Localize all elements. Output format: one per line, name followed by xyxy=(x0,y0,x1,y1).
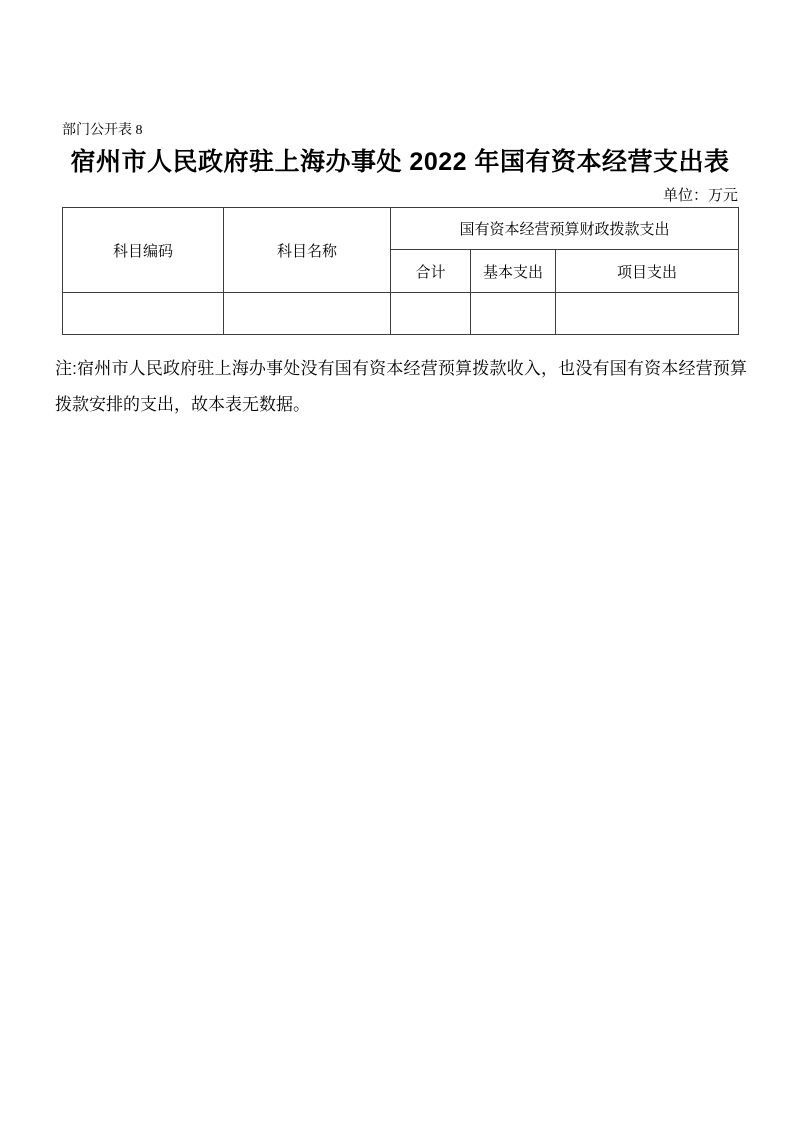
cell-subject-code xyxy=(63,293,224,335)
unit-label: 单位：万元 xyxy=(62,186,738,205)
form-index-label: 部门公开表 8 xyxy=(62,122,738,140)
cell-subject-name xyxy=(224,293,391,335)
header-group-fiscal-appropriation-expense: 国有资本经营预算财政拨款支出 xyxy=(391,208,739,250)
header-basic-expense: 基本支出 xyxy=(471,250,556,293)
document-page: 部门公开表 8 宿州市人民政府驻上海办事处 2022 年国有资本经营支出表 单位… xyxy=(0,0,793,1122)
cell-basic-expense xyxy=(471,293,556,335)
page-title: 宿州市人民政府驻上海办事处 2022 年国有资本经营支出表 xyxy=(62,146,738,178)
table-header-row-1: 科目编码 科目名称 国有资本经营预算财政拨款支出 xyxy=(63,208,739,250)
budget-expense-table: 科目编码 科目名称 国有资本经营预算财政拨款支出 合计 基本支出 项目支出 xyxy=(62,207,739,335)
cell-total xyxy=(391,293,471,335)
table-row xyxy=(63,293,739,335)
note-text: 注:宿州市人民政府驻上海办事处没有国有资本经营预算拨款收入，也没有国有资本经营预… xyxy=(55,351,747,423)
header-project-expense: 项目支出 xyxy=(556,250,739,293)
header-subject-name: 科目名称 xyxy=(224,208,391,293)
header-total: 合计 xyxy=(391,250,471,293)
header-subject-code: 科目编码 xyxy=(63,208,224,293)
cell-project-expense xyxy=(556,293,739,335)
